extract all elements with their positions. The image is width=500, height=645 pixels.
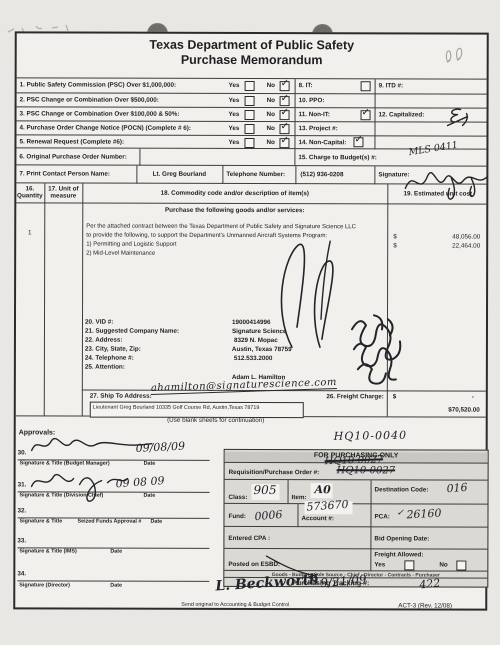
freight-allowed-label: Freight Allowed:	[374, 551, 423, 558]
approval-date-label: Date	[110, 584, 122, 590]
approval-title-label: Signature & Title	[19, 519, 62, 525]
approval-number: 31.	[18, 481, 27, 488]
description-line: 1) Permitting and Logistic Support	[86, 242, 176, 249]
approval-number: 30.	[18, 449, 27, 456]
cell-divider	[222, 166, 223, 184]
cell-divider	[297, 504, 298, 527]
check-icon: ✓	[354, 134, 362, 145]
agency-title: Texas Department of Public Safety	[17, 38, 487, 53]
cell-divider	[295, 166, 296, 184]
original-po-label: 6. Original Purchase Order Number:	[19, 153, 126, 161]
approval-title-label: Signature & Title (IMS)	[19, 549, 76, 555]
scanned-document-page: Texas Department of Public Safety Purcha…	[0, 0, 500, 645]
yes-label: Yes	[229, 82, 240, 89]
approval-date-label: Date	[110, 550, 122, 556]
description-line: 2) Mid-Level Maintenance	[86, 251, 155, 258]
ship-to-address-box: Lieutenant Greg Bourland 10335 Golf Cour…	[90, 402, 304, 419]
yes-label: Yes	[229, 97, 240, 104]
pca-value-handwritten: 26160	[406, 507, 442, 522]
form-title: Purchase Memorandum	[17, 53, 487, 68]
approval-title-label: Signature (Director)	[19, 583, 70, 589]
pca-check-icon: ✓	[396, 508, 404, 518]
question-label: 5. Renewal Request (Complete #6):	[19, 138, 124, 146]
item-value-handwritten: A0	[315, 483, 331, 496]
it-checkbox	[361, 81, 371, 91]
no-label: No	[267, 82, 275, 89]
cell-divider	[139, 149, 140, 166]
approval-number: 33.	[17, 537, 26, 544]
class-label: Class:	[229, 494, 248, 501]
cell-divider	[370, 504, 371, 527]
send-original-note: Send original to Accounting & Budget Con…	[135, 603, 335, 609]
freight-value: -	[472, 394, 474, 401]
entered-cpa-label: Entered CPA :	[228, 535, 270, 542]
non-it-label: 11. Non-IT:	[299, 111, 331, 118]
seized-funds-label: Seized Funds Approval #	[77, 520, 141, 526]
crossed-out-number: HQ10-0027	[324, 454, 383, 467]
approvals-section: Approvals: HQ10-0040 30. 09/08/09 Signat…	[15, 428, 485, 612]
yes-checkbox	[245, 81, 255, 91]
yes-checkbox	[244, 138, 254, 148]
requisition-value-handwritten: HQ10-0027	[337, 465, 396, 476]
no-checkbox: ✓	[280, 81, 290, 91]
entered-cpa-row: Entered CPA : Bid Opening Date:	[224, 526, 487, 550]
handwritten-initials	[442, 44, 468, 68]
class-item-dest-row: Class: 905 Item: A0 Destination Code: 01…	[225, 479, 488, 505]
no-label: No	[266, 139, 274, 146]
column-divider	[82, 184, 84, 416]
yes-checkbox	[245, 96, 255, 106]
yes-label: Yes	[228, 125, 239, 132]
question-label: 3. PSC Change or Combination Over $100,0…	[20, 110, 180, 118]
vendor-label: 20. VID #:	[85, 319, 113, 326]
vendor-label: 24. Telephone #:	[85, 355, 134, 362]
vendor-value: 512.533.2000	[234, 355, 273, 362]
check-icon: ✓	[280, 121, 288, 132]
no-checkbox: ✓	[280, 110, 290, 120]
header-divider	[16, 202, 486, 204]
checklist-row: 1. Public Safety Commission (PSC) Over $…	[17, 78, 487, 93]
class-value-handwritten: 905	[254, 483, 277, 497]
question-label: 1. Public Safety Commission (PSC) Over $…	[20, 81, 176, 89]
yes-checkbox	[244, 124, 254, 134]
freight-currency: $	[393, 393, 397, 400]
no-checkbox: ✓	[279, 124, 289, 134]
freight-charge-label: 26. Freight Charge:	[266, 393, 384, 401]
freight-total: $70,520.00	[400, 406, 480, 413]
check-icon: ✓	[362, 107, 370, 118]
approval-signature-31	[28, 468, 133, 502]
column-divider	[44, 183, 46, 415]
account-label: Account #:	[301, 515, 334, 522]
yes-checkbox	[245, 110, 255, 120]
non-capital-label: 14. Non-Capital:	[298, 139, 346, 146]
question-label: 4. Purchase Order Change Notice (POCN) (…	[19, 124, 190, 132]
non-it-checkbox: ✓	[361, 110, 371, 120]
cost-currency: $	[393, 242, 397, 249]
approval-date-label: Date	[144, 494, 156, 500]
no-checkbox: ✓	[280, 96, 290, 106]
requisition-label: Requisition/Purchase Order #:	[229, 469, 320, 476]
cost-amount: 22,464.00	[406, 242, 480, 249]
yes-label: Yes	[228, 139, 239, 146]
charge-budget-label: 15. Charge to Budget(s) #:	[298, 154, 376, 161]
pen-loops-scribble	[264, 239, 349, 349]
pca-label: PCA:	[374, 513, 389, 520]
for-purchasing-only-box: FOR PURCHASING ONLY HQ10-0027 Requisitio…	[223, 449, 488, 588]
no-label: No	[266, 125, 274, 132]
form-code: ACT-3 (Rev. 12/08)	[398, 602, 452, 609]
no-label: No	[267, 111, 275, 118]
fund-value-handwritten: 0006	[254, 508, 283, 523]
itd-label: 9. ITD #:	[379, 82, 404, 89]
phone-label: Telephone Number:	[226, 171, 285, 178]
col-unit-header: 17. Unit of measure	[45, 185, 81, 200]
no-checkbox: ✓	[279, 138, 289, 148]
check-icon: ✓	[281, 93, 289, 104]
vendor-label: 25. Attention:	[85, 364, 125, 371]
ship-to-label: 27. Ship To Address:	[90, 393, 152, 400]
freight-no-label: No	[439, 561, 447, 568]
approval-date-label: Date	[150, 520, 162, 526]
cell-divider	[374, 166, 375, 184]
cell-divider	[288, 480, 289, 504]
item-quantity: 1	[16, 229, 43, 236]
cost-amount: 48,056.00	[406, 233, 480, 240]
fund-label: Fund:	[228, 513, 246, 520]
fund-account-pca-row: Fund: 0006 Account #: 573670 PCA: ✓ 2616…	[224, 503, 487, 528]
col-quantity-header: 16. Quantity	[16, 185, 43, 200]
cell-divider	[370, 549, 371, 571]
phone-value: (512) 936-0208	[300, 171, 343, 178]
contact-person-name: Lt. Greg Bourland	[136, 171, 222, 178]
vendor-label: 21. Suggested Company Name:	[85, 328, 179, 335]
bid-opening-date-label: Bid Opening Date:	[374, 535, 429, 542]
non-capital-checkbox: ✓	[353, 137, 363, 147]
freight-yes-checkbox	[404, 560, 414, 570]
ppo-label: 10. PPO:	[299, 97, 325, 104]
it-label: 8. IT:	[299, 82, 313, 89]
contact-person-label: 7. Print Contact Person Name:	[19, 170, 110, 177]
col-description-header: 18. Commodity code and/or description of…	[82, 190, 387, 198]
yes-label: Yes	[229, 111, 240, 118]
cell-divider	[294, 149, 295, 166]
continuation-note: (Use blank sheets for continuation)	[16, 416, 416, 424]
purchase-heading: Purchase the following goods and/or serv…	[82, 207, 387, 215]
approval-number: 34.	[17, 570, 26, 577]
destination-code-label: Destination Code:	[375, 486, 429, 493]
check-icon: ✓	[280, 135, 288, 146]
purchase-memorandum-form: Texas Department of Public Safety Purcha…	[13, 31, 489, 610]
cost-currency: $	[393, 233, 397, 240]
destination-code-value-handwritten: 016	[446, 481, 468, 495]
freight-no-checkbox	[456, 561, 466, 571]
approval-signature-30	[28, 434, 158, 458]
contact-signature-scribble	[401, 162, 491, 202]
hq-number-handwritten: HQ10-0040	[334, 429, 408, 443]
check-icon: ✓	[281, 107, 289, 118]
tracking-value-handwritten: 422	[419, 576, 441, 591]
freight-yes-label: Yes	[374, 561, 385, 568]
ship-to-address: Lieutenant Greg Bourland 10335 Golf Cour…	[93, 406, 260, 412]
project-label: 13. Project #:	[298, 125, 337, 132]
capitalized-label: 12. Capitalized:	[379, 111, 425, 118]
question-label: 2. PSC Change or Combination Over $500,0…	[20, 96, 159, 104]
cell-divider	[371, 480, 372, 504]
items-table: 16. Quantity 17. Unit of measure 18. Com…	[16, 182, 487, 417]
pen-scribble-blob	[344, 311, 402, 386]
approval-date-label: Date	[144, 462, 156, 468]
description-line: Per the attached contract between the Te…	[86, 224, 356, 232]
approval-title-label: Signature & Title (Budget Manager)	[20, 461, 110, 467]
vendor-label: 22. Address:	[85, 337, 123, 344]
vendor-label: 23. City, State, Zip:	[85, 346, 141, 353]
approval-number: 32.	[17, 507, 26, 514]
cell-divider	[370, 527, 371, 549]
check-icon: ✓	[281, 78, 289, 89]
checklist-grid: 1. Public Safety Commission (PSC) Over $…	[16, 77, 486, 149]
no-label: No	[267, 97, 275, 104]
